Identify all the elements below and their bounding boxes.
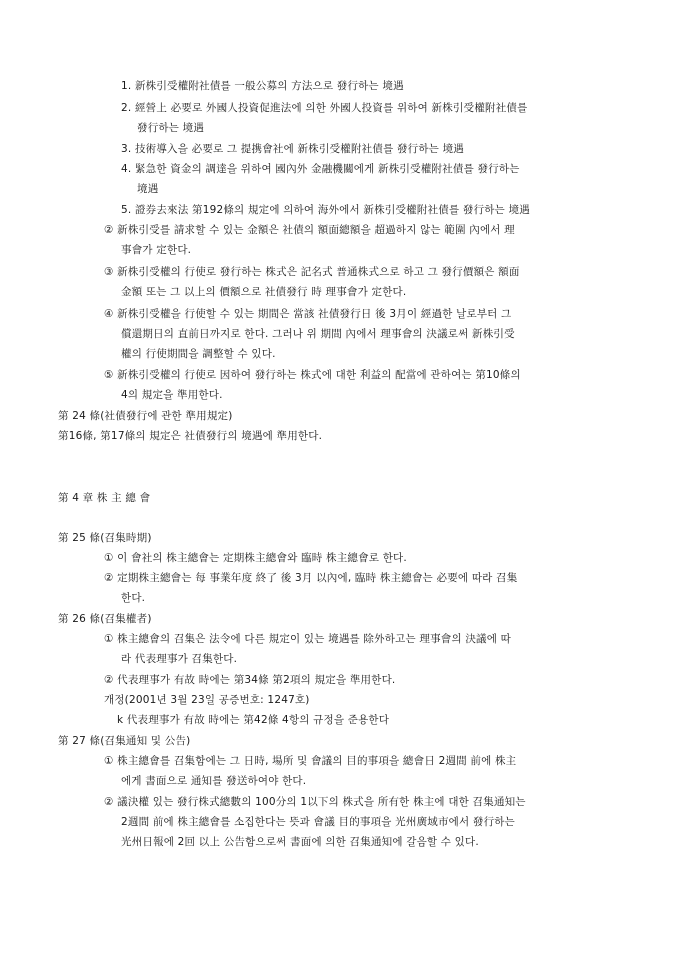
text-line: 第 4 章 株 主 總 會 [58,491,150,505]
text-line: 에게 書面으로 通知를 發送하여야 한다. [121,774,306,788]
text-line: ③ 新株引受權의 行使로 發行하는 株式은 記名式 普通株式으로 하고 그 發行… [104,265,520,279]
text-line: 第 27 條(召集通知 및 公告) [58,734,190,748]
text-line: 4의 規定을 準用한다. [121,388,223,402]
text-line: ① 株主總會를 召集함에는 그 日時, 場所 및 會議의 目的事項을 總會日 2… [104,754,516,768]
text-line: ② 議決權 있는 發行株式總數의 100分의 1以下의 株式을 所有한 株主에 … [104,795,526,809]
text-line: 2週間 前에 株主總會를 소집한다는 뜻과 會議 目的事項을 光州廣域市에서 發… [121,815,515,829]
text-line: 5. 證券去來法 第192條의 規定에 의하여 海外에서 新株引受權附社債를 發… [121,203,530,217]
text-line: 第16條, 第17條의 規定은 社債發行의 境遇에 準用한다. [58,429,322,443]
text-line: k 代表理事가 有故 時에는 第42條 4항의 규정을 준용한다 [117,713,389,727]
text-line: 1. 新株引受權附社債를 一般公募의 方法으로 發行하는 境遇 [121,79,404,93]
text-line: 第 25 條(召集時期) [58,531,152,545]
text-line: ④ 新株引受權을 行使할 수 있는 期間은 當該 社債發行日 後 3月이 經過한… [104,307,511,321]
text-line: 事會가 定한다. [121,243,191,257]
text-line: ② 定期株主總會는 每 事業年度 終了 後 3月 以內에, 臨時 株主總會는 必… [104,571,517,585]
text-line: 償還期日의 直前日까지로 한다. 그러나 위 期間 內에서 理事會의 決議로써 … [121,327,515,341]
text-line: ② 新株引受를 請求할 수 있는 金額은 社債의 額面總額을 超過하지 않는 範… [104,223,515,237]
text-line: ⑤ 新株引受權의 行使로 因하여 發行하는 株式에 대한 利益의 配當에 관하여… [104,368,521,382]
text-line: 第 24 條(社債發行에 관한 準用規定) [58,409,233,423]
text-line: ② 代表理事가 有故 時에는 第34條 第2項의 規定을 準用한다. [104,673,395,687]
text-line: 境遇 [137,182,158,196]
text-line: 개정(2001년 3월 23일 공증번호: 1247호) [104,693,310,707]
text-line: 한다. [121,591,145,605]
text-line: 權의 行使期間을 調整할 수 있다. [121,347,276,361]
text-line: 光州日報에 2回 以上 公告함으로써 書面에 의한 召集通知에 갈음할 수 있다… [121,835,479,849]
text-line: 4. 緊急한 資金의 調達을 위하여 國內外 金融機關에게 新株引受權附社債를 … [121,162,520,176]
text-line: 3. 技術導入을 必要로 그 提携會社에 新株引受權附社債를 發行하는 境遇 [121,142,464,156]
text-line: 第 26 條(召集權者) [58,612,152,626]
text-line: 發行하는 境遇 [137,121,204,135]
text-line: ① 이 會社의 株主總會는 定期株主總會와 臨時 株主總會로 한다. [104,551,407,565]
text-line: 2. 經營上 必要로 外國人投資促進法에 의한 外國人投資를 위하여 新株引受權… [121,101,527,115]
text-line: ① 株主總會의 召集은 法令에 다른 規定이 있는 境遇를 除外하고는 理事會의… [104,632,511,646]
text-line: 金額 또는 그 以上의 價額으로 社債發行 時 理事會가 定한다. [121,285,406,299]
text-line: 라 代表理事가 召集한다. [121,652,237,666]
